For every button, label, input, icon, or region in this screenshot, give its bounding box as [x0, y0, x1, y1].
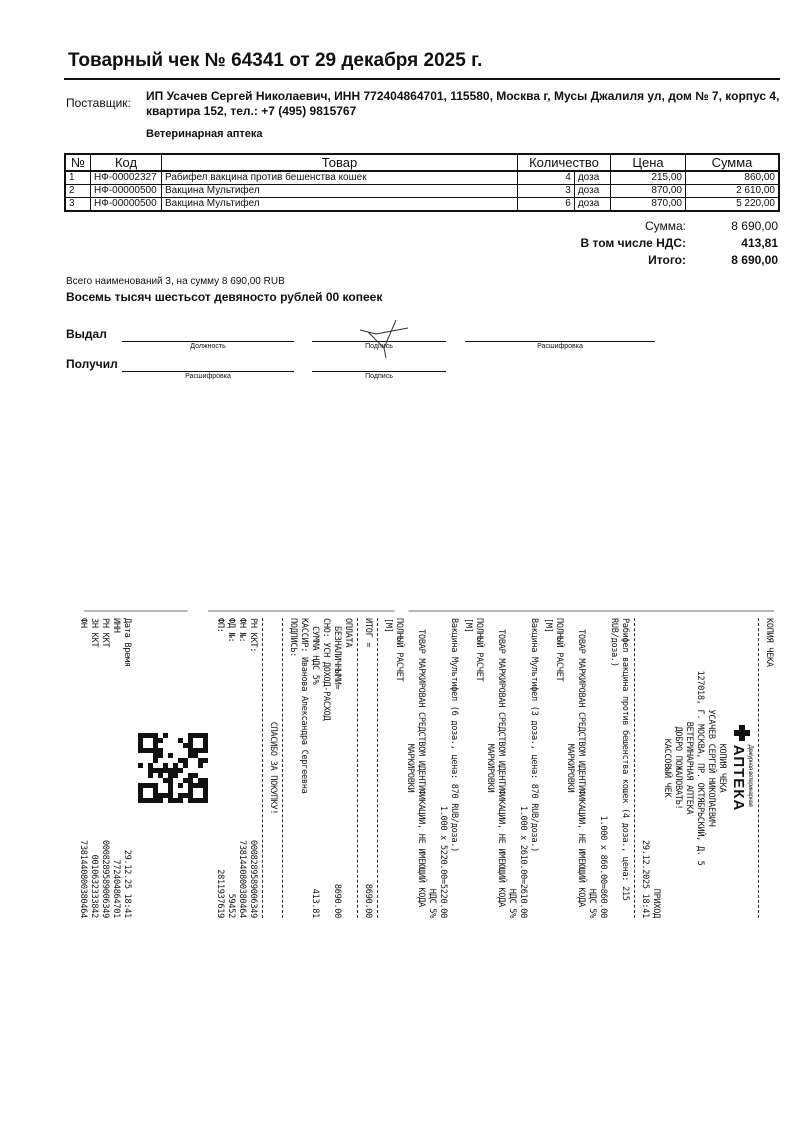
receipt-type: КАССОВЫЙ ЧЕК	[661, 618, 672, 918]
table-row: 3 НФ-00000500 Вакцина Мультифел 6 доза 8…	[65, 198, 779, 212]
receipt-footer-label: ФН	[77, 618, 88, 628]
row-sum: 860,00	[686, 171, 780, 185]
position-caption: Должность	[122, 343, 294, 350]
receipt-seller: УСАЧЕВ СЕРГЕЙ НИКОЛАЕВИЧ	[705, 618, 716, 918]
fiscal-receipt: КОПИЯ ЧЕКА Дежурная ветеринарная АПТЕКА …	[84, 618, 774, 918]
receipt-item-vat: НДС 5%	[586, 618, 597, 918]
receipt-total-label: ИТОГ =	[362, 618, 373, 647]
row-unit: доза	[574, 171, 610, 185]
row-qty: 4	[518, 171, 575, 185]
receipt-payment-label: ОПЛАТА	[342, 618, 353, 918]
title-underline	[64, 78, 780, 80]
receipt-footer-row: РН ККТ 0008289589006349	[99, 618, 110, 918]
receipt-fd-value: 59452	[225, 894, 236, 918]
receipt-item-vat: НДС 5%	[506, 618, 517, 918]
receipt-item-marking: ТОВАР МАРКИРОВАН СРЕДСТВОМ ИДЕНТИФИКАЦИИ…	[404, 618, 426, 918]
receipt-item-calc: 1.000 x 860.00=860.00	[597, 618, 608, 918]
receipt-copy-label: КОПИЯ ЧЕКА	[763, 618, 774, 918]
row-code: НФ-00000500	[91, 185, 162, 198]
decoding-caption: Расшифровка	[122, 373, 294, 380]
receipt-item-subject: [М]	[382, 618, 393, 918]
receipt-item-calc-mode: ПОЛНЫЙ РАСЧЕТ	[553, 618, 564, 918]
total-row: Итого: 8 690,00	[506, 252, 778, 269]
receipt-footer-row: ФН 7381440800380464	[77, 618, 88, 918]
items-table: № Код Товар Количество Цена Сумма 1 НФ-0…	[64, 153, 780, 212]
row-item: Рабифел вакцина против бешенства кошек	[162, 171, 518, 185]
receipt-separator	[357, 618, 358, 918]
receipt-fd-row: ФД №: 59452	[225, 618, 236, 918]
fiscal-receipt-area: КОПИЯ ЧЕКА Дежурная ветеринарная АПТЕКА …	[84, 618, 774, 918]
receipt-footer-row: Дата Время 29.12.25 18:41	[121, 618, 132, 918]
qr-code	[138, 733, 208, 803]
receipt-footer-label: ЗН ККТ	[88, 618, 99, 647]
receipt-footer-value: 0008289589006349	[99, 840, 110, 918]
receipt-item-name: Вакцина Мультифел (6 доза., цена: 870 RU…	[448, 618, 459, 918]
received-decoding-line	[122, 371, 294, 372]
vat-row: В том числе НДС: 413,81	[506, 235, 778, 252]
receipt-thanks: СПАСИБО ЗА ПОКУПКУ!	[267, 618, 278, 918]
row-code: НФ-00000500	[91, 198, 162, 212]
receipt-reg-kkt-row: РН ККТ: 0008289589006349	[247, 618, 258, 918]
logo-subtitle: Дежурная ветеринарная	[746, 745, 754, 812]
col-quantity: Количество	[518, 154, 611, 171]
amount-in-words: Восемь тысяч шестьсот девяносто рублей 0…	[66, 290, 382, 304]
receipt-footer-label: РН ККТ	[99, 618, 110, 647]
receipt-item-name: Рабифел вакцина против бешенства кошек (…	[608, 618, 630, 918]
receipt-item-marking: ТОВАР МАРКИРОВАН СРЕДСТВОМ ИДЕНТИФИКАЦИИ…	[564, 618, 586, 918]
receipt-tax-system: СНО: УСН ДОХОД-РАСХОД	[320, 618, 331, 918]
receipt-item-subject: [М]	[462, 618, 473, 918]
row-number: 3	[65, 198, 91, 212]
receipt-cashier: КАССИР: Иванова Александра Сергеевна	[298, 618, 309, 918]
receipt-address: 127018, Г. МОСКВА, ПР. ОКТЯБРЬСКИЙ, Д. 5	[694, 618, 705, 918]
store-type: Ветеринарная аптека	[146, 128, 263, 140]
receipt-reg-kkt-label: РН ККТ:	[247, 618, 258, 652]
received-signature-line	[312, 371, 446, 372]
receipt-item: Рабифел вакцина против бешенства кошек (…	[542, 618, 630, 918]
col-sum: Сумма	[686, 154, 780, 171]
receipt-cashless-value: 8690.00	[331, 884, 342, 918]
receipt-tear-edge	[84, 610, 774, 612]
pharmacy-logo: Дежурная ветеринарная АПТЕКА	[731, 618, 754, 918]
row-number: 1	[65, 171, 91, 185]
row-sum: 5 220,00	[686, 198, 780, 212]
receipt-fn-label: ФН №:	[236, 618, 247, 642]
receipt-cashless-label: БЕЗНАЛИЧНЫМИ=	[331, 618, 342, 689]
issued-decoding-line	[465, 341, 655, 342]
receipt-total-value: 8690.00	[362, 884, 373, 918]
col-number: №	[65, 154, 91, 171]
row-number: 2	[65, 185, 91, 198]
supplier-details: ИП Усачев Сергей Николаевич, ИНН 7724048…	[146, 89, 786, 119]
receipt-footer-label: ИНН	[110, 618, 121, 633]
receipt-fn-row: ФН №: 7381440800380464	[236, 618, 247, 918]
receipt-signature-label: ПОДПИСЬ:	[287, 618, 298, 918]
receipt-reg-kkt-value: 0008289589006349	[247, 840, 258, 918]
totals-block: Сумма: 8 690,00 В том числе НДС: 413,81 …	[506, 218, 778, 269]
receipt-separator	[282, 618, 283, 918]
sum-row: Сумма: 8 690,00	[506, 218, 778, 235]
receipt-footer-value: 772404864701	[110, 860, 121, 919]
col-price: Цена	[611, 154, 686, 171]
table-row: 1 НФ-00002327 Рабифел вакцина против беш…	[65, 171, 779, 185]
receipt-cashless-row: БЕЗНАЛИЧНЫМИ= 8690.00	[331, 618, 342, 918]
vat-label: В том числе НДС:	[506, 235, 698, 252]
receipt-total-row: ИТОГ = 8690.00	[362, 618, 373, 918]
issued-label: Выдал	[66, 327, 107, 341]
col-code: Код	[91, 154, 162, 171]
row-qty: 6	[518, 198, 575, 212]
receipt-footer-value: 7381440800380464	[77, 840, 88, 918]
receipt-separator	[758, 618, 759, 918]
sum-value: 8 690,00	[698, 218, 778, 235]
receipt-fd-label: ФД №:	[225, 618, 236, 642]
logo-title: АПТЕКА	[731, 745, 746, 812]
receipt-fp-label: ФП:	[214, 618, 225, 633]
receipt-item: Вакцина Мультифел (6 доза., цена: 870 RU…	[382, 618, 459, 918]
receipt-copy-label-2: КОПИЯ ЧЕКА	[716, 618, 727, 918]
receipt-item-name: Вакцина Мультифел (3 доза., цена: 870 RU…	[528, 618, 539, 918]
sum-label: Сумма:	[506, 218, 698, 235]
receipt-op-type: ПРИХОД	[650, 618, 661, 918]
supplier-label: Поставщик:	[66, 96, 131, 110]
medical-cross-icon	[735, 725, 751, 741]
row-sum: 2 610,00	[686, 185, 780, 198]
row-price: 870,00	[611, 185, 686, 198]
row-price: 870,00	[611, 198, 686, 212]
received-label: Получил	[66, 357, 118, 371]
row-item: Вакцина Мультифел	[162, 185, 518, 198]
row-unit: доза	[574, 198, 610, 212]
col-item: Товар	[162, 154, 518, 171]
row-qty: 3	[518, 185, 575, 198]
signature-caption: Подпись	[312, 373, 446, 380]
receipt-datetime: 29.12.2025 18:41	[639, 618, 650, 918]
row-unit: доза	[574, 185, 610, 198]
receipt-separator	[262, 618, 263, 918]
total-label: Итого:	[506, 252, 698, 269]
vat-value: 413,81	[698, 235, 778, 252]
receipt-separator	[377, 618, 378, 918]
receipt-vat-row: СУММА НДС 5% 413.81	[309, 618, 320, 918]
receipt-item: Вакцина Мультифел (3 доза., цена: 870 RU…	[462, 618, 539, 918]
decoding-caption: Расшифровка	[465, 343, 655, 350]
row-code: НФ-00002327	[91, 171, 162, 185]
receipt-item-subject: [М]	[542, 618, 553, 918]
table-row: 2 НФ-00000500 Вакцина Мультифел 3 доза 8…	[65, 185, 779, 198]
receipt-footer-value: 0010632333842	[88, 855, 99, 918]
items-count-line: Всего наименований 3, на сумму 8 690,00 …	[66, 276, 285, 287]
receipt-shop-name: ВЕТЕРИНАРНАЯ АПТЕКА	[683, 618, 694, 918]
handwritten-signature	[356, 318, 416, 360]
receipt-item-vat: НДС 5%	[426, 618, 437, 918]
document-title: Товарный чек № 64341 от 29 декабря 2025 …	[68, 50, 482, 72]
receipt-greeting: ДОБРО ПОЖАЛОВАТЬ!	[672, 618, 683, 918]
receipt-fp-value: 2811937619	[214, 869, 225, 918]
receipt-footer-row: ЗН ККТ 0010632333842	[88, 618, 99, 918]
receipt-fp-row: ФП: 2811937619	[214, 618, 225, 918]
total-value: 8 690,00	[698, 252, 778, 269]
receipt-item-calc-mode: ПОЛНЫЙ РАСЧЕТ	[473, 618, 484, 918]
receipt-vat-value: 413.81	[309, 889, 320, 918]
issued-position-line	[122, 341, 294, 342]
receipt-separator	[634, 618, 635, 918]
receipt-vat-label: СУММА НДС 5%	[309, 618, 320, 685]
receipt-footer-row: ИНН 772404864701	[110, 618, 121, 918]
receipt-footer-value: 29.12.25 18:41	[121, 850, 132, 918]
receipt-footer-label: Дата Время	[121, 618, 132, 667]
row-item: Вакцина Мультифел	[162, 198, 518, 212]
receipt-item-marking: ТОВАР МАРКИРОВАН СРЕДСТВОМ ИДЕНТИФИКАЦИИ…	[484, 618, 506, 918]
row-price: 215,00	[611, 171, 686, 185]
table-header-row: № Код Товар Количество Цена Сумма	[65, 154, 779, 171]
receipt-item-calc-mode: ПОЛНЫЙ РАСЧЕТ	[393, 618, 404, 918]
receipt-fn-value: 7381440800380464	[236, 840, 247, 918]
receipt-item-calc: 1.000 x 5220.00=5220.00	[437, 618, 448, 918]
receipt-item-calc: 1.000 x 2610.00=2610.00	[517, 618, 528, 918]
